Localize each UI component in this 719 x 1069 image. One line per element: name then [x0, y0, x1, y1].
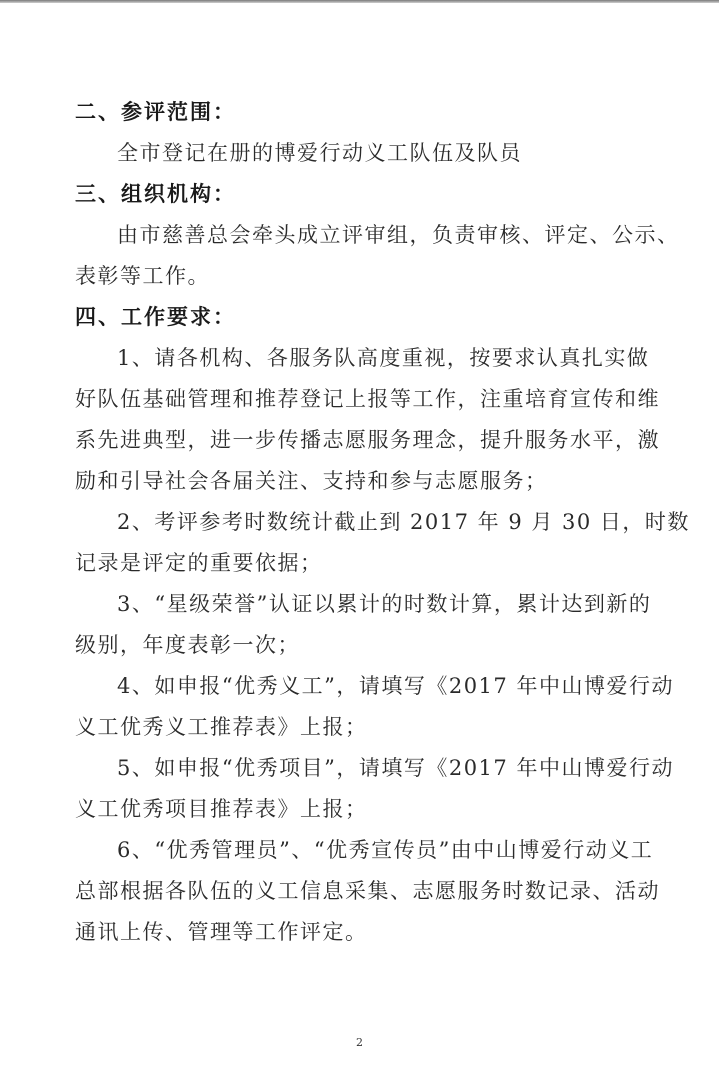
requirement-1-line-2: 好队伍基础管理和推荐登记上报等工作，注重培育宣传和维	[75, 379, 660, 419]
scan-edge	[0, 0, 719, 3]
section-heading-organization: 三、组织机构：	[75, 174, 236, 214]
requirement-2-line-1: 2、考评参考时数统计截止到 2017 年 9 月 30 日，时数	[117, 502, 690, 542]
requirement-5-line-2: 义工优秀项目推荐表》上报；	[75, 789, 368, 829]
section-heading-scope: 二、参评范围：	[75, 92, 236, 132]
organization-text-line-1: 由市慈善总会牵头成立评审组，负责审核、评定、公示、	[117, 215, 680, 255]
section-heading-requirements: 四、工作要求：	[75, 297, 236, 337]
scope-text: 全市登记在册的博爱行动义工队伍及队员	[117, 133, 522, 173]
requirement-6-line-1: 6、“优秀管理员”、“优秀宣传员”由中山博爱行动义工	[117, 830, 653, 870]
requirement-3-line-1: 3、“星级荣誉”认证以累计的时数计算，累计达到新的	[117, 584, 651, 624]
organization-text-line-2: 表彰等工作。	[75, 256, 210, 296]
requirement-1-line-4: 励和引导社会各届关注、支持和参与志愿服务；	[75, 461, 548, 501]
requirement-4-line-2: 义工优秀义工推荐表》上报；	[75, 707, 368, 747]
requirement-1-line-3: 系先进典型，进一步传播志愿服务理念，提升服务水平，激	[75, 420, 660, 460]
requirement-1-line-1: 1、请各机构、各服务队高度重视，按要求认真扎实做	[117, 338, 649, 378]
requirement-5-line-1: 5、如申报“优秀项目”，请填写《2017 年中山博爱行动	[117, 748, 674, 788]
requirement-2-line-2: 记录是评定的重要依据；	[75, 543, 323, 583]
requirement-6-line-2: 总部根据各队伍的义工信息采集、志愿服务时数记录、活动	[75, 871, 660, 911]
requirement-6-line-3: 通讯上传、管理等工作评定。	[75, 912, 368, 952]
page-number: 2	[0, 1036, 719, 1049]
requirement-4-line-1: 4、如申报“优秀义工”，请填写《2017 年中山博爱行动	[117, 666, 674, 706]
requirement-3-line-2: 级别，年度表彰一次；	[75, 625, 300, 665]
